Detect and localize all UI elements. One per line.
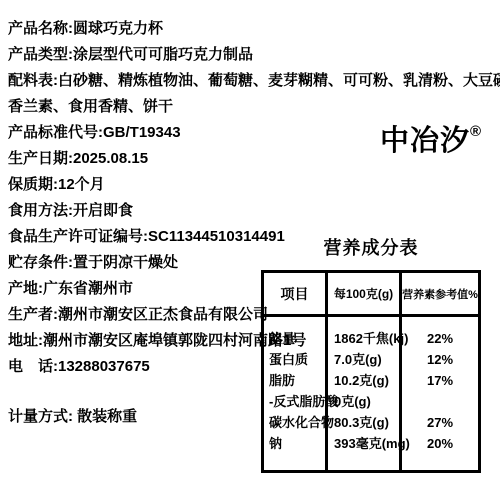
info-line-usage: 食用方法:开启即食 [8, 198, 500, 224]
nutrition-col-values: 1862千焦(kj) 7.0克(g) 10.2克(g) 0克(g) 80.3克(… [328, 317, 402, 470]
nutrient-value: 80.3克(g) [328, 412, 399, 433]
nutrient-nrv: 17% [402, 370, 478, 391]
nutrient-value: 393毫克(mg) [328, 433, 399, 454]
info-line-product-name: 产品名称:圆球巧克力杯 [8, 16, 500, 42]
nutrient-name: 脂肪 [264, 370, 325, 391]
nutrient-name: -反式脂肪酸 [264, 391, 325, 412]
nutrition-title: 营养成分表 [261, 236, 481, 260]
nutrient-nrv: 22% [402, 328, 478, 349]
nutrient-nrv: 20% [402, 433, 478, 454]
nutrient-value: 10.2克(g) [328, 370, 399, 391]
nutrition-col-items: 能量 蛋白质 脂肪 -反式脂肪酸 碳水化合物 钠 [264, 317, 328, 470]
header-cell-item: 项目 [264, 273, 328, 314]
brand-name: 中冶汐 [380, 125, 470, 157]
nutrition-table: 项目 每100克(g) 营养素参考值% 能量 蛋白质 脂肪 -反式脂肪酸 碳水化… [261, 270, 481, 473]
nutrient-name: 蛋白质 [264, 349, 325, 370]
nutrient-name: 能量 [264, 328, 325, 349]
nutrient-name: 钠 [264, 433, 325, 454]
registered-trademark-symbol: ® [470, 123, 481, 140]
info-line-shelf-life: 保质期:12个月 [8, 172, 500, 198]
nutrient-nrv: 27% [402, 412, 478, 433]
nutrient-nrv: 12% [402, 349, 478, 370]
info-line-ingredients-2: 香兰素、食用香精、饼干 [8, 94, 500, 120]
header-cell-nrv: 营养素参考值% [402, 273, 478, 314]
nutrition-section: 营养成分表 项目 每100克(g) 营养素参考值% 能量 蛋白质 脂肪 -反式脂… [261, 236, 481, 473]
nutrient-value: 7.0克(g) [328, 349, 399, 370]
brand-mark: 中冶汐® [380, 118, 481, 159]
header-cell-per100g: 每100克(g) [328, 273, 402, 314]
nutrient-value: 0克(g) [328, 391, 399, 412]
product-label: { "colors": { "text": "#000000", "backgr… [0, 0, 500, 500]
nutrient-value: 1862千焦(kj) [328, 328, 399, 349]
nutrition-body: 能量 蛋白质 脂肪 -反式脂肪酸 碳水化合物 钠 1862千焦(kj) 7.0克… [264, 317, 478, 470]
nutrient-name: 碳水化合物 [264, 412, 325, 433]
nutrition-header-row: 项目 每100克(g) 营养素参考值% [264, 273, 478, 317]
nutrient-nrv [402, 391, 478, 412]
info-line-product-type: 产品类型:涂层型代可可脂巧克力制品 [8, 42, 500, 68]
nutrition-col-nrv: 22% 12% 17% 27% 20% [402, 317, 478, 470]
info-line-ingredients-1: 配料表:白砂糖、精炼植物油、葡萄糖、麦芽糊精、可可粉、乳清粉、大豆磷脂、 [8, 68, 500, 94]
